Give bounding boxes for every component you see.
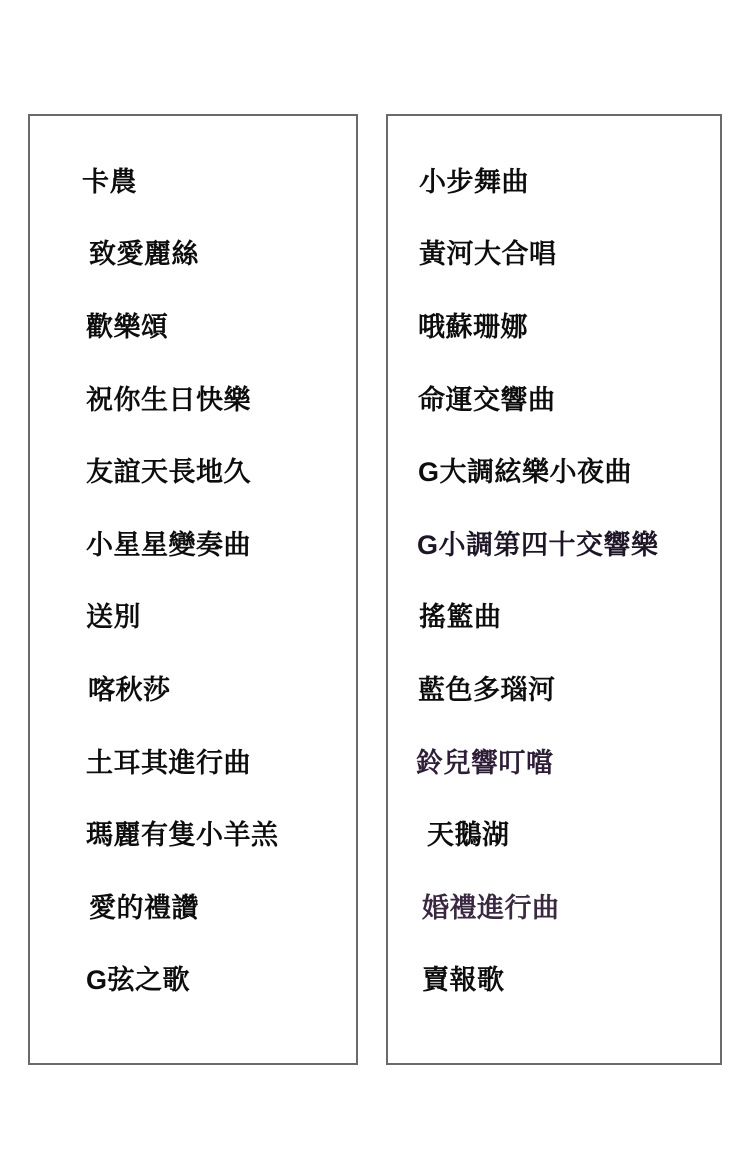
song-list-left: 卡農致愛麗絲歡樂頌祝你生日快樂友誼天長地久小星星變奏曲送別喀秋莎土耳其進行曲瑪麗…	[30, 116, 356, 1014]
song-item[interactable]: 瑪麗有隻小羊羔	[86, 796, 356, 869]
song-item[interactable]: G大調絃樂小夜曲	[418, 433, 720, 506]
song-item[interactable]: 賣報歌	[422, 942, 720, 1015]
song-item[interactable]: 命運交響曲	[418, 361, 720, 434]
song-item[interactable]: 黃河大合唱	[419, 216, 720, 289]
song-item[interactable]: 友誼天長地久	[86, 433, 356, 506]
song-item[interactable]: 土耳其進行曲	[86, 724, 356, 797]
song-item[interactable]: 天鵝湖	[427, 796, 720, 869]
song-item[interactable]: 喀秋莎	[88, 651, 356, 724]
song-list-panel-left: 卡農致愛麗絲歡樂頌祝你生日快樂友誼天長地久小星星變奏曲送別喀秋莎土耳其進行曲瑪麗…	[28, 114, 358, 1065]
song-item[interactable]: G小調第四十交響樂	[417, 506, 720, 579]
song-list-page: 卡農致愛麗絲歡樂頌祝你生日快樂友誼天長地久小星星變奏曲送別喀秋莎土耳其進行曲瑪麗…	[0, 0, 750, 1163]
song-item[interactable]: 鈴兒響叮噹	[416, 724, 720, 797]
song-item[interactable]: 藍色多瑙河	[418, 651, 720, 724]
song-item[interactable]: G弦之歌	[86, 942, 356, 1015]
song-item[interactable]: 小步舞曲	[419, 143, 720, 216]
song-item[interactable]: 祝你生日快樂	[86, 361, 356, 434]
song-item[interactable]: 致愛麗絲	[89, 216, 356, 289]
song-list-right: 小步舞曲黃河大合唱哦蘇珊娜命運交響曲G大調絃樂小夜曲G小調第四十交響樂搖籃曲藍色…	[388, 116, 720, 1014]
song-item[interactable]: 小星星變奏曲	[86, 506, 356, 579]
song-item[interactable]: 搖籃曲	[419, 579, 720, 652]
song-item[interactable]: 歡樂頌	[86, 288, 356, 361]
song-item[interactable]: 哦蘇珊娜	[418, 288, 720, 361]
song-item[interactable]: 婚禮進行曲	[422, 869, 720, 942]
song-item[interactable]: 愛的禮讚	[89, 869, 356, 942]
song-item[interactable]: 卡農	[82, 143, 356, 216]
song-list-panel-right: 小步舞曲黃河大合唱哦蘇珊娜命運交響曲G大調絃樂小夜曲G小調第四十交響樂搖籃曲藍色…	[386, 114, 722, 1065]
song-item[interactable]: 送別	[86, 579, 356, 652]
